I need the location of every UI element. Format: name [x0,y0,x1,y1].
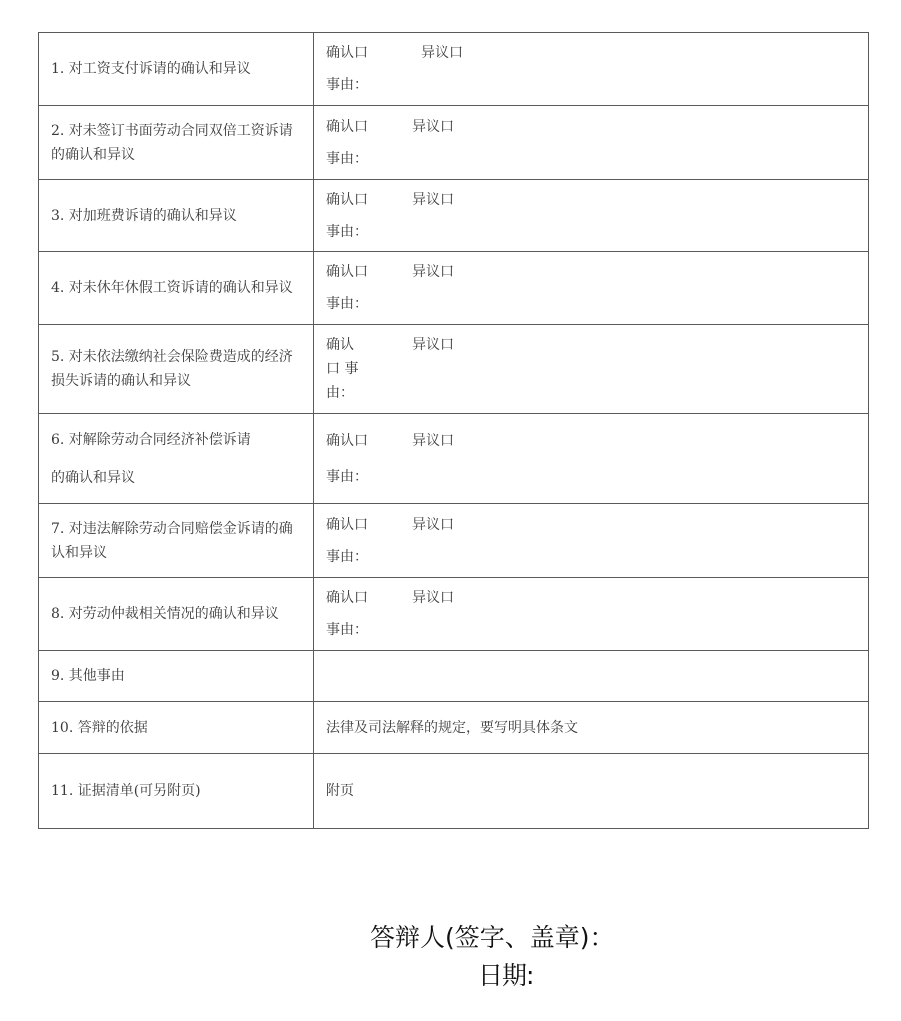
date-label: 日期: [478,958,533,994]
confirm-checkbox[interactable]: 确认口 [326,429,412,453]
confirm-checkbox[interactable]: 确认口 [326,115,412,139]
confirm-checkbox[interactable]: 确认口 [326,41,421,65]
object-checkbox[interactable]: 异议口 [412,429,454,453]
row-label: 1. 对工资支付诉请的确认和异议 [39,33,314,106]
row-label: 2. 对未签订书面劳动合同双倍工资诉请的确认和异议 [39,106,314,180]
object-checkbox[interactable]: 异议口 [412,586,454,610]
table-row: 4. 对未休年休假工资诉请的确认和异议 确认口异议口 事由： [39,252,869,325]
reason-field[interactable]: 事由： [326,147,858,171]
reason-field[interactable]: 事由： [326,73,858,97]
row-content: 确认口异议口 事由： [314,180,869,252]
confirm-checkbox[interactable]: 确认口 [326,188,412,212]
row-content: 确认口异议口 事由： [314,578,869,651]
defense-basis-field[interactable]: 法律及司法解释的规定，要写明具体条文 [314,702,869,754]
object-checkbox[interactable]: 异议口 [412,333,454,357]
respondent-signature-label: 答辩人(签字、盖章)： [370,920,615,956]
row-label: 8. 对劳动仲裁相关情况的确认和异议 [39,578,314,651]
object-checkbox[interactable]: 异议口 [412,188,454,212]
confirm-checkbox[interactable]: 确认口 [326,513,412,537]
table-row: 2. 对未签订书面劳动合同双倍工资诉请的确认和异议 确认口异议口 事由： [39,106,869,180]
row-label: 6. 对解除劳动合同经济补偿诉请 的确认和异议 [39,414,314,504]
row-label: 5. 对未依法缴纳社会保险费造成的经济损失诉请的确认和异议 [39,325,314,414]
reason-field[interactable]: 事由： [326,465,858,489]
row-label: 7. 对违法解除劳动合同赔偿金诉请的确认和异议 [39,504,314,578]
row-content: 确认口异议口 事由： [314,504,869,578]
table-row: 3. 对加班费诉请的确认和异议 确认口异议口 事由： [39,180,869,252]
reason-field[interactable]: 事由： [326,545,858,569]
object-checkbox[interactable]: 异议口 [412,260,454,284]
table-row: 8. 对劳动仲裁相关情况的确认和异议 确认口异议口 事由： [39,578,869,651]
other-reasons-field[interactable] [314,651,869,702]
table-row: 9. 其他事由 [39,651,869,702]
reason-field[interactable]: 由： [326,381,412,405]
row-content: 确认口异议口 事由： [314,414,869,504]
row-content: 确认 口 事 由： 异议口 [314,325,869,414]
confirm-checkbox-box[interactable]: 口 事 [326,357,412,381]
row-label: 3. 对加班费诉请的确认和异议 [39,180,314,252]
defense-form-table: 1. 对工资支付诉请的确认和异议 确认口异议口 事由： 2. 对未签订书面劳动合… [38,32,869,829]
table-row: 6. 对解除劳动合同经济补偿诉请 的确认和异议 确认口异议口 事由： [39,414,869,504]
confirm-checkbox[interactable]: 确认 [326,333,412,357]
row-label: 10. 答辩的依据 [39,702,314,754]
evidence-list-field[interactable]: 附页 [314,754,869,829]
table-row: 7. 对违法解除劳动合同赔偿金诉请的确认和异议 确认口异议口 事由： [39,504,869,578]
row-label-line: 6. 对解除劳动合同经济补偿诉请 [51,425,305,455]
row-content: 确认口异议口 事由： [314,106,869,180]
reason-field[interactable]: 事由： [326,618,858,642]
table-row: 1. 对工资支付诉请的确认和异议 确认口异议口 事由： [39,33,869,106]
object-checkbox[interactable]: 异议口 [421,41,463,65]
table-row: 5. 对未依法缴纳社会保险费造成的经济损失诉请的确认和异议 确认 口 事 由： … [39,325,869,414]
row-label: 4. 对未休年休假工资诉请的确认和异议 [39,252,314,325]
row-label: 9. 其他事由 [39,651,314,702]
row-label: 11. 证据清单(可另附页) [39,754,314,829]
row-content: 确认口异议口 事由： [314,252,869,325]
reason-field[interactable]: 事由： [326,220,858,244]
confirm-checkbox[interactable]: 确认口 [326,260,412,284]
object-checkbox[interactable]: 异议口 [412,115,454,139]
table-row: 11. 证据清单(可另附页) 附页 [39,754,869,829]
row-content: 确认口异议口 事由： [314,33,869,106]
table-row: 10. 答辩的依据 法律及司法解释的规定，要写明具体条文 [39,702,869,754]
object-checkbox[interactable]: 异议口 [412,513,454,537]
confirm-checkbox[interactable]: 确认口 [326,586,412,610]
row-label-line: 的确认和异议 [51,463,305,493]
reason-field[interactable]: 事由： [326,292,858,316]
